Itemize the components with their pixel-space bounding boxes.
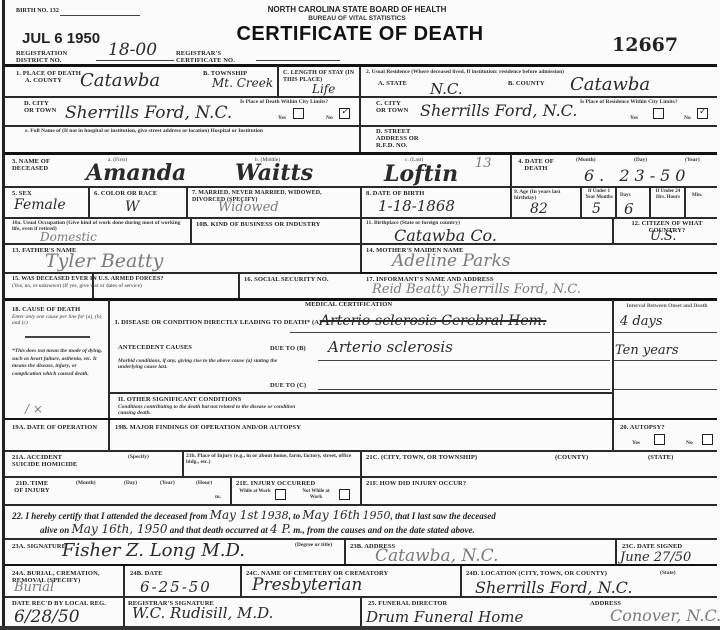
medical-certification-label: Medical Certification: [305, 301, 392, 308]
birth-no-label: Birth No. 132: [16, 8, 59, 15]
agency-line-1: NORTH CAROLINA STATE BOARD OF HEALTH: [207, 5, 507, 14]
certificate-title: CERTIFICATE OF DEATH: [200, 23, 520, 46]
dod-year-label: (Year): [685, 157, 700, 163]
cert-line2-mid: and that death occurred at: [170, 525, 268, 535]
res-county-label: b. County: [508, 80, 545, 87]
certificate-number: 12667: [612, 34, 678, 56]
registration-district-label: Registration District No.: [16, 50, 96, 64]
check-mark-icon: ✓: [341, 106, 349, 117]
funeral-director-label: 25. Funeral Director: [368, 600, 447, 607]
degree-title-label: (Degree or title): [295, 542, 332, 548]
res-county-value: Catawba: [570, 74, 650, 95]
dod-day-label: (Day): [634, 157, 647, 163]
funeral-director-value: Drum Funeral Home: [366, 608, 523, 626]
cause-instructions: Enter only one cause per line for (a), (…: [12, 314, 107, 326]
burial-location-label: 24d. Location (City, town, or county): [466, 570, 607, 577]
armed-forces-sublabel: (Yes, no, or unknown) (If yes, give war …: [12, 283, 242, 289]
name-of-deceased-label: 3. Name of Deceased: [12, 158, 72, 172]
left-border: [2, 0, 5, 630]
not-while-at-work-label: Not While at Work: [296, 489, 336, 501]
interval-a-value: 4 days: [620, 314, 663, 329]
res-state-label: a. State: [378, 80, 407, 87]
days-value: 6: [624, 200, 634, 218]
check-mark-icon: ✓: [699, 106, 707, 117]
cert-to-label: , to: [289, 511, 301, 521]
interval-b-value: Ten years: [615, 343, 679, 358]
operation-date-label: 19a. Date of Operation: [12, 424, 107, 431]
pod-county-label: a. County: [25, 77, 62, 84]
res-city-value: Sherrills Ford, N.C.: [420, 101, 577, 120]
autopsy-no-label: No: [686, 440, 693, 446]
pod-city-label: d. City or Town: [24, 100, 60, 114]
interval-label: Interval Between Onset and Death: [618, 303, 716, 309]
age-label: 9. Age (In years last birthday): [514, 189, 580, 201]
citizenship-value: U.S.: [650, 229, 676, 244]
injury-m-label: m.: [215, 494, 221, 500]
res-within-limits-yes-checkbox[interactable]: [653, 108, 664, 119]
months-label: If Under 1 Year Months: [583, 189, 615, 201]
bottom-scan-edge: [0, 626, 720, 630]
injury-hour-label: (Hour): [196, 480, 212, 486]
due-to-b-label: Due to (b): [270, 345, 306, 352]
date-of-birth-value: 1-18-1868: [378, 197, 455, 215]
certification-line-1: 22. I hereby certify that I attended the…: [12, 508, 496, 522]
pod-yes-label: Yes: [278, 115, 286, 121]
injury-state-label: (State): [648, 454, 673, 461]
burial-state-label: (State): [660, 570, 676, 576]
sex-value: Female: [14, 197, 66, 213]
cert-line1-pre: 22. I hereby certify that I attended the…: [12, 511, 207, 521]
last-name-value: Loftin: [384, 161, 458, 187]
injury-day-label: (Day): [124, 480, 137, 486]
cemetery-value: Presbyterian: [252, 575, 362, 595]
attended-from-value: May 1st: [210, 508, 259, 522]
business-label: 10b. Kind of Business or Industry: [196, 221, 356, 228]
received-date-stamp: JUL 6 1950: [22, 30, 100, 47]
occupation-value: Domestic: [40, 230, 97, 244]
cert-line2-post: m., from the causes and on the date stat…: [293, 525, 475, 535]
while-at-work-checkbox[interactable]: [275, 489, 286, 500]
res-within-limits-no-checkbox[interactable]: ✓: [697, 108, 708, 119]
burial-date-value: 6-25-50: [140, 578, 212, 596]
injury-county-label: (County): [555, 454, 588, 461]
date-signed-label: 23c. Date Signed: [622, 543, 682, 550]
burial-location-value: Sherrills Ford, N.C.: [475, 578, 632, 597]
res-within-limits-label: Is Place of Residence Within City Limits…: [580, 99, 710, 105]
cert-line1-post: , that I last saw the deceased: [391, 511, 496, 521]
not-while-at-work-checkbox[interactable]: [339, 489, 350, 500]
res-city-label: c. City or Town: [376, 100, 412, 114]
days-label: Days: [620, 193, 631, 199]
cause-note: *This does not mean the mode of dying, s…: [12, 348, 107, 378]
death-certificate: Birth No. 132 JUL 6 1950 Registration Di…: [0, 0, 720, 630]
margin-mark: / ×: [25, 402, 43, 416]
specify-label: (Specify): [128, 454, 149, 460]
other-conditions-note: Conditions contributing to the death but…: [118, 404, 298, 416]
pod-length-of-stay-value: Life: [312, 82, 335, 96]
while-at-work-label: While at Work: [238, 489, 272, 495]
due-to-c-label: Due to (c): [270, 382, 306, 389]
stamp-mark: 13: [475, 156, 492, 171]
dod-month-label: (Month): [576, 157, 596, 163]
cause-of-death-label: 18. Cause of Death: [12, 306, 80, 313]
time-of-death-value: 4 P.: [270, 522, 291, 536]
burial-method-value: Burial: [14, 580, 54, 595]
antecedent-causes-label: Antecedent Causes: [118, 344, 192, 351]
pod-township-value: Mt. Creek: [212, 76, 273, 90]
minutes-label: Min.: [692, 193, 702, 199]
injury-city-label: 21c. (City, Town, or Township): [366, 454, 477, 461]
certification-line-2: alive on May 16th, 1950 and that death o…: [40, 522, 475, 536]
color-race-label: 6. Color or Race: [94, 190, 157, 197]
residence-section-label: 2. Usual Residence (Where deceased lived…: [366, 69, 716, 75]
attended-to-year: 1950: [363, 509, 391, 522]
attended-from-year: 1938: [261, 509, 289, 522]
agency-line-2: BUREAU OF VITAL STATISTICS: [207, 15, 507, 22]
registration-district-value: 18-00: [108, 40, 157, 60]
registrar-signature-value[interactable]: W.C. Rudisill, M.D.: [132, 604, 273, 622]
pod-hospital-label: e. Full Name of (If not in hospital or i…: [25, 128, 355, 134]
antecedent-note: Morbid conditions, if any, giving rise t…: [118, 358, 278, 370]
autopsy-yes-label: Yes: [632, 440, 640, 446]
signature-label: 23a. Signature: [12, 543, 66, 550]
funeral-director-address-value: Conover, N.C.: [610, 606, 720, 625]
months-value: 5: [592, 201, 601, 217]
physician-address-value: Catawba, N.C.: [375, 546, 498, 566]
place-of-death-label: 1. Place of Death: [16, 70, 81, 77]
middle-name-value: Waitts: [235, 160, 313, 186]
accident-suicide-homicide-label: 21a. Accident Suicide Homicide: [12, 454, 82, 468]
cert-line2-pre: alive on: [40, 525, 69, 535]
physician-signature[interactable]: Fisher Z. Long M.D.: [62, 540, 245, 561]
autopsy-yes-checkbox[interactable]: [654, 434, 665, 445]
mothers-maiden-name-value: Adeline Parks: [392, 251, 510, 271]
date-received-label: Date Rec'd by Local Reg.: [12, 600, 122, 607]
res-yes-label: Yes: [630, 115, 638, 121]
injury-month-label: (Month): [76, 480, 96, 486]
date-received-value: 6/28/50: [14, 607, 80, 627]
last-seen-alive-value: May 16th, 1950: [72, 522, 168, 536]
date-of-birth-label: 8. Date of Birth: [366, 190, 424, 197]
registrars-certificate-label: Registrar's Certificate No.: [176, 50, 256, 64]
marital-status-value: Widowed: [218, 200, 279, 215]
autopsy-no-checkbox[interactable]: [702, 434, 713, 445]
time-of-injury-label: 21d. Time of Injury: [12, 480, 52, 494]
how-injury-occurred-label: 21f. How Did Injury Occur?: [366, 480, 466, 487]
color-race-value: W: [125, 199, 139, 215]
pod-no-label: No: [326, 115, 333, 121]
other-conditions-label: II. Other Significant Conditions: [118, 396, 241, 403]
attended-to-value: May 16th: [302, 508, 360, 522]
social-security-label: 16. Social Security No.: [244, 276, 329, 283]
pod-within-limits-yes-checkbox[interactable]: [293, 108, 304, 119]
res-street-label: d. Street Address or R.F.D. No.: [376, 128, 436, 149]
autopsy-label: 20. Autopsy?: [620, 424, 665, 431]
first-name-value: Amanda: [86, 160, 186, 186]
date-signed-value: June 27/50: [620, 550, 691, 565]
disease-condition-label: I. Disease or Condition Directly Leading…: [115, 319, 355, 326]
burial-date-label: 24b. Date: [130, 570, 163, 577]
pod-city-value: Sherrills Ford, N.C.: [65, 103, 232, 123]
occupation-label: 10a. Usual Occupation (Give kind of work…: [12, 220, 190, 232]
date-of-death-value: 6. 23-50: [584, 166, 690, 185]
injury-year-label: (Year): [160, 480, 175, 486]
major-findings-label: 19b. Major Findings of Operation and/or …: [115, 424, 301, 431]
sex-label: 5. Sex: [12, 190, 32, 197]
disease-condition-value: Arterio-sclerosis Cerebral Hem.: [320, 313, 546, 329]
pod-within-limits-label: Is Place of Death Within City Limits?: [240, 99, 360, 105]
age-value: 82: [530, 201, 548, 217]
informant-value: Reid Beatty Sherrills Ford, N.C.: [372, 282, 581, 297]
res-no-label: No: [684, 115, 691, 121]
pod-within-limits-no-checkbox[interactable]: ✓: [339, 108, 350, 119]
due-to-b-value: Arterio sclerosis: [328, 338, 453, 356]
injury-occurred-label: 21e. Injury Occurred: [236, 480, 315, 487]
hours-label: If Under 24 Hrs. Hours: [651, 189, 685, 201]
date-of-death-label: 4. Date of Death: [516, 158, 556, 172]
armed-forces-label: 15. Was Deceased Ever in U.S. Armed Forc…: [12, 276, 242, 283]
place-of-injury-label: 21b. Place of Injury (e.g., in or about …: [186, 453, 358, 465]
fathers-name-value: Tyler Beatty: [45, 250, 163, 272]
pod-county-value: Catawba: [80, 70, 160, 91]
